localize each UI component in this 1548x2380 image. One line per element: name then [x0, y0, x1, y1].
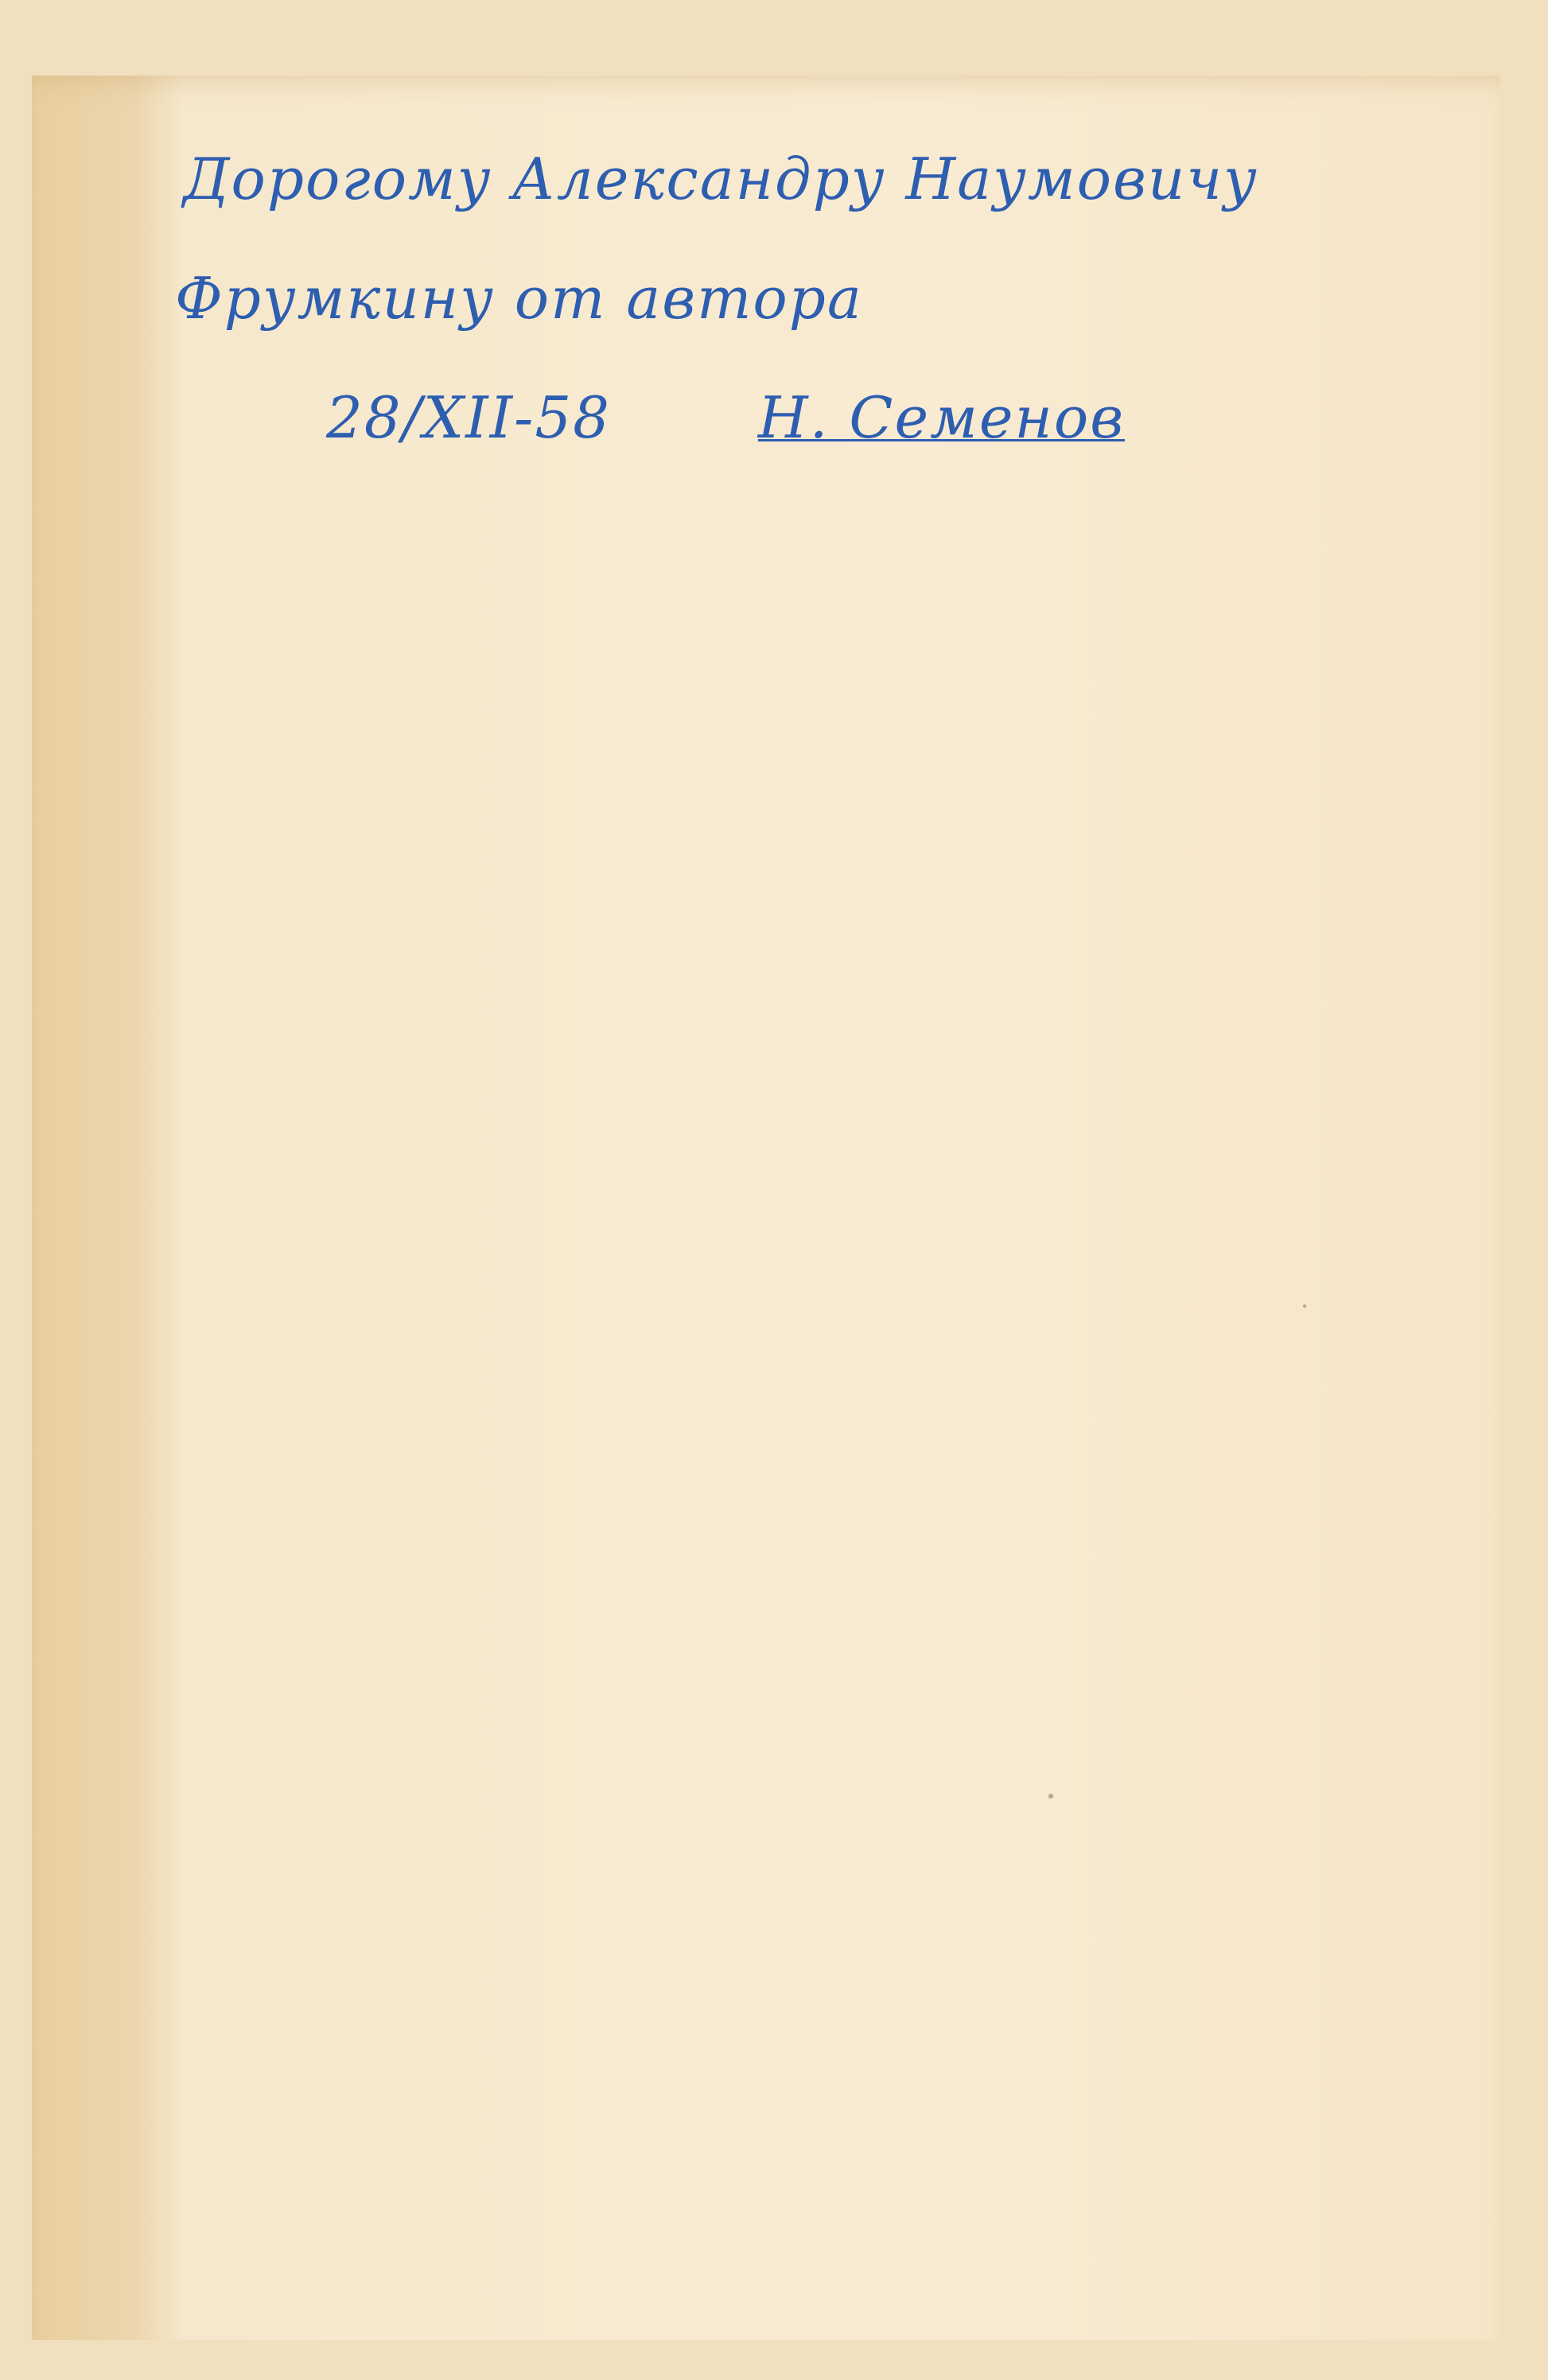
inscription-date: 28/XII-58 [326, 384, 611, 451]
author-signature: Н. Семенов [758, 384, 1125, 451]
inscription-date-signature-line: 28/XII-58 Н. Семенов [326, 358, 1258, 477]
paper-spot [1048, 1794, 1053, 1799]
handwritten-inscription: Дорогому Александру Наумовичу Фрумкину о… [183, 119, 1258, 477]
inscription-line-1: Дорогому Александру Наумовичу [183, 119, 1258, 239]
inscription-line-2: Фрумкину от автора [175, 239, 1258, 358]
paper-spot [1303, 1305, 1306, 1308]
book-page: Дорогому Александру Наумовичу Фрумкину о… [0, 0, 1548, 2380]
